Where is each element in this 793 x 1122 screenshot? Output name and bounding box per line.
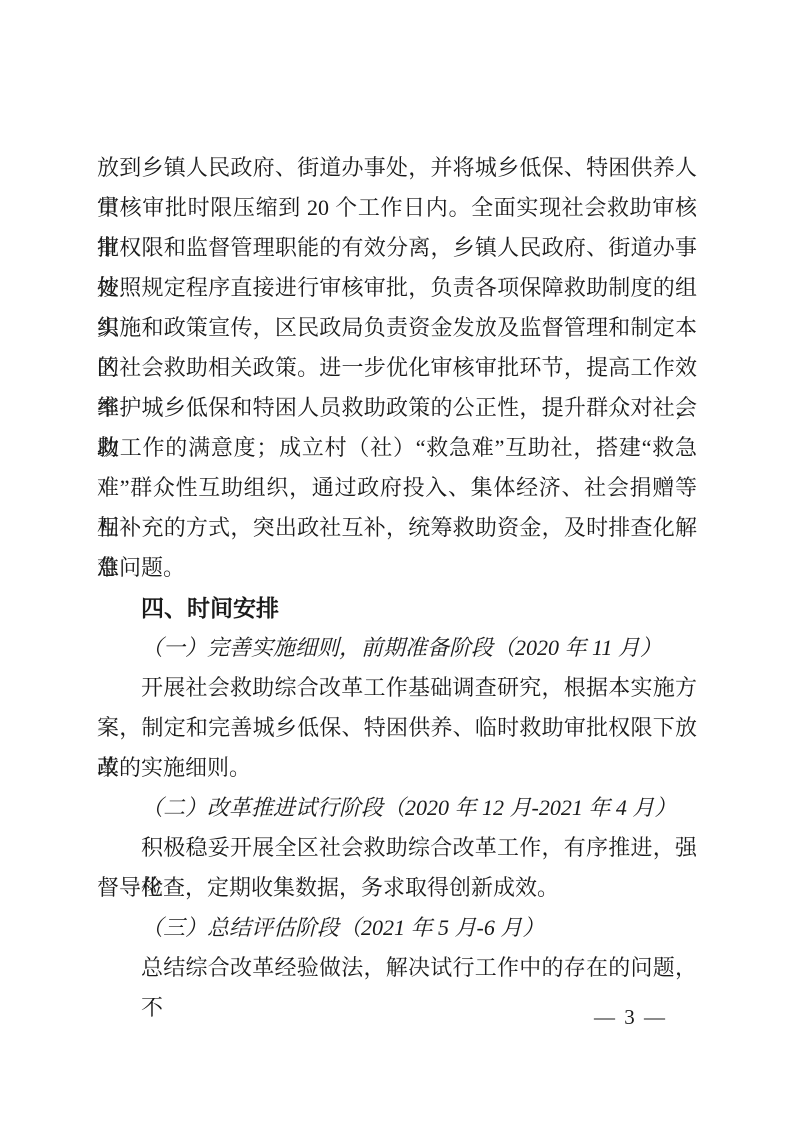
document-line: 互补充的方式，突出政社互补，统筹救助资金，及时排查化解急 — [97, 508, 697, 548]
page-number: — 3 — — [97, 1000, 667, 1034]
document-line: 积极稳妥开展全区社会救助综合改革工作，有序推进，强化 — [97, 828, 697, 868]
subsection-heading: （二）改革推进试行阶段（2020 年 12 月-2021 年 4 月） — [97, 788, 697, 828]
subsection-heading: （三）总结评估阶段（2021 年 5 月-6 月） — [97, 908, 697, 948]
document-line: 审核审批时限压缩到 20 个工作日内。全面实现社会救助审核审 — [97, 188, 697, 228]
document-line: 的社会救助相关政策。进一步优化审核审批环节，提高工作效率， — [97, 348, 697, 388]
document-line: 开展社会救助综合改革工作基础调查研究，根据本实施方 — [97, 668, 697, 708]
document-line: 革的实施细则。 — [97, 748, 697, 788]
document-line: 实施和政策宣传，区民政局负责资金发放及监督管理和制定本区 — [97, 308, 697, 348]
document-line: 放到乡镇人民政府、街道办事处，并将城乡低保、特困供养人员 — [97, 148, 697, 188]
document-body: 放到乡镇人民政府、街道办事处，并将城乡低保、特困供养人员 审核审批时限压缩到 2… — [97, 148, 697, 988]
document-line: 维护城乡低保和特困人员救助政策的公正性，提升群众对社会救 — [97, 388, 697, 428]
subsection-heading: （一）完善实施细则，前期准备阶段（2020 年 11 月） — [97, 628, 697, 668]
document-line: 难问题。 — [97, 548, 697, 588]
document-line: 按照规定程序直接进行审核审批，负责各项保障救助制度的组织 — [97, 268, 697, 308]
section-heading: 四、时间安排 — [97, 588, 697, 628]
document-line: 总结综合改革经验做法，解决试行工作中的存在的问题，不 — [97, 948, 697, 988]
document-line: 案，制定和完善城乡低保、特困供养、临时救助审批权限下放改 — [97, 708, 697, 748]
document-line: 批权限和监督管理职能的有效分离，乡镇人民政府、街道办事处 — [97, 228, 697, 268]
document-line: 助工作的满意度；成立村（社）“救急难”互助社，搭建“救急 — [97, 428, 697, 468]
document-line: 督导检查，定期收集数据，务求取得创新成效。 — [97, 868, 697, 908]
document-line: 难”群众性互助组织，通过政府投入、集体经济、社会捐赠等相 — [97, 468, 697, 508]
